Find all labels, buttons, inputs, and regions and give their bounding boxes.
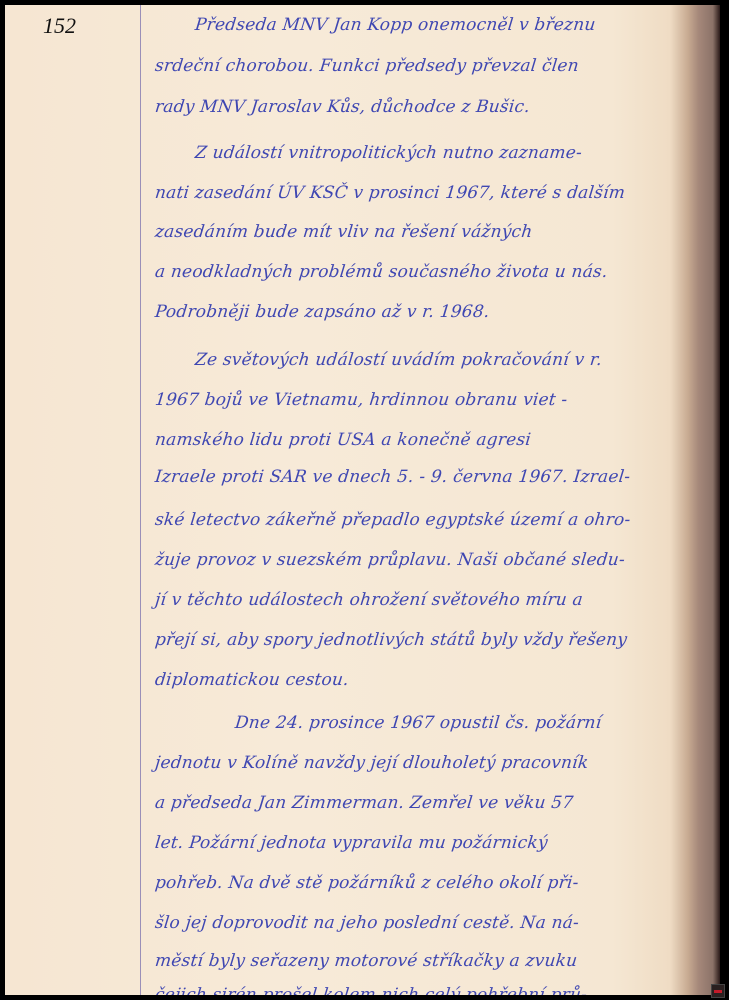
text-line: pohřeb. Na dvě stě požárníků z celého ok… bbox=[154, 873, 580, 893]
text-line: šlo jej doprovodit na jeho poslední cest… bbox=[154, 913, 580, 933]
minimize-button[interactable] bbox=[711, 984, 725, 998]
text-line: jednotu v Kolíně navždy její dlouholetý … bbox=[154, 753, 589, 773]
text-line: přejí si, aby spory jednotlivých států b… bbox=[154, 630, 628, 650]
text-line: a předseda Jan Zimmerman. Zemřel ve věku… bbox=[154, 793, 574, 813]
text-line: jí v těchto událostech ohrožení světovéh… bbox=[154, 590, 584, 610]
text-line: let. Požární jednota vypravila mu požárn… bbox=[154, 833, 549, 853]
scanned-page: 152 Předseda MNV Jan Kopp onemocněl v bř… bbox=[5, 5, 720, 995]
page-number: 152 bbox=[43, 13, 76, 39]
text-line: Dne 24. prosince 1967 opustil čs. požárn… bbox=[154, 713, 602, 733]
text-line: a neodkladných problémů současného život… bbox=[154, 262, 609, 282]
text-line: Z událostí vnitropolitických nutno zazna… bbox=[154, 143, 583, 163]
text-line: srdeční chorobou. Funkci předsedy převza… bbox=[154, 56, 580, 76]
text-line: Izraele proti SAR ve dnech 5. - 9. červn… bbox=[154, 467, 631, 487]
text-line: rady MNV Jaroslav Kůs, důchodce z Bušic. bbox=[154, 97, 531, 117]
text-line: Ze světových událostí uvádím pokračování… bbox=[154, 350, 603, 370]
text-line: diplomatickou cestou. bbox=[154, 670, 350, 690]
margin-line bbox=[140, 5, 141, 995]
text-line: ské letectvo zákeřně přepadlo egyptské ú… bbox=[154, 510, 632, 530]
text-line: čejich sirén prošel kolem nich celý pohř… bbox=[154, 985, 588, 995]
text-line: nati zasedání ÚV KSČ v prosinci 1967, kt… bbox=[154, 183, 626, 203]
text-line: 1967 bojů ve Vietnamu, hrdinnou obranu v… bbox=[154, 390, 568, 410]
text-line: žuje provoz v suezském průplavu. Naši ob… bbox=[154, 550, 626, 570]
minus-icon bbox=[714, 990, 722, 993]
text-line: namského lidu proti USA a konečně agresi bbox=[154, 430, 532, 450]
text-line: městí byly seřazeny motorové stříkačky a… bbox=[154, 951, 578, 971]
text-line: zasedáním bude mít vliv na řešení vážnýc… bbox=[154, 222, 534, 242]
text-line: Předseda MNV Jan Kopp onemocněl v březnu bbox=[154, 15, 597, 35]
text-line: Podrobněji bude zapsáno až v r. 1968. bbox=[154, 302, 491, 322]
